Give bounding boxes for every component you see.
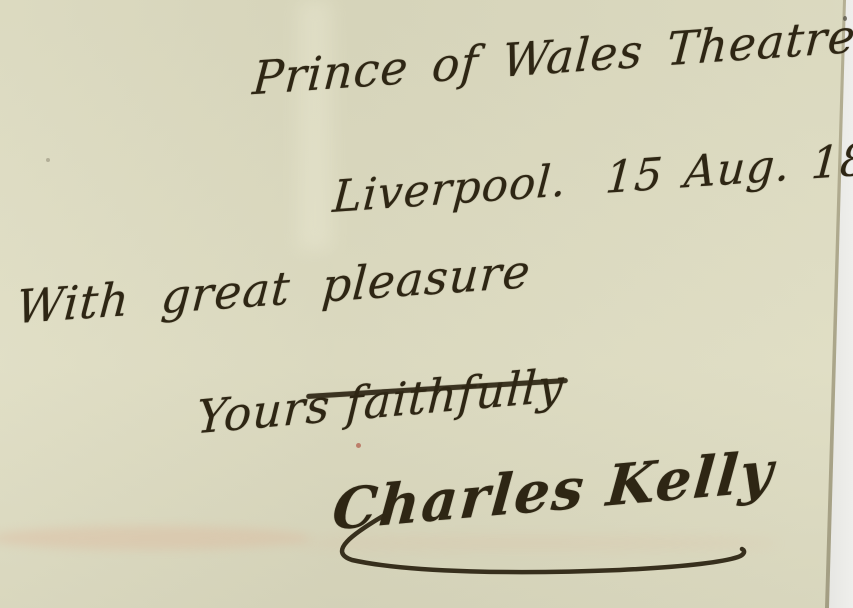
paper-speck (356, 443, 361, 448)
paper-speck (843, 16, 847, 21)
paper-light-band (298, 0, 332, 250)
paper-stain (0, 526, 310, 550)
paper-speck (46, 158, 50, 162)
scanned-letter: Prince of Wales Theatre Liverpool. 15 Au… (0, 0, 853, 608)
signature-underline-flourish (320, 440, 760, 600)
